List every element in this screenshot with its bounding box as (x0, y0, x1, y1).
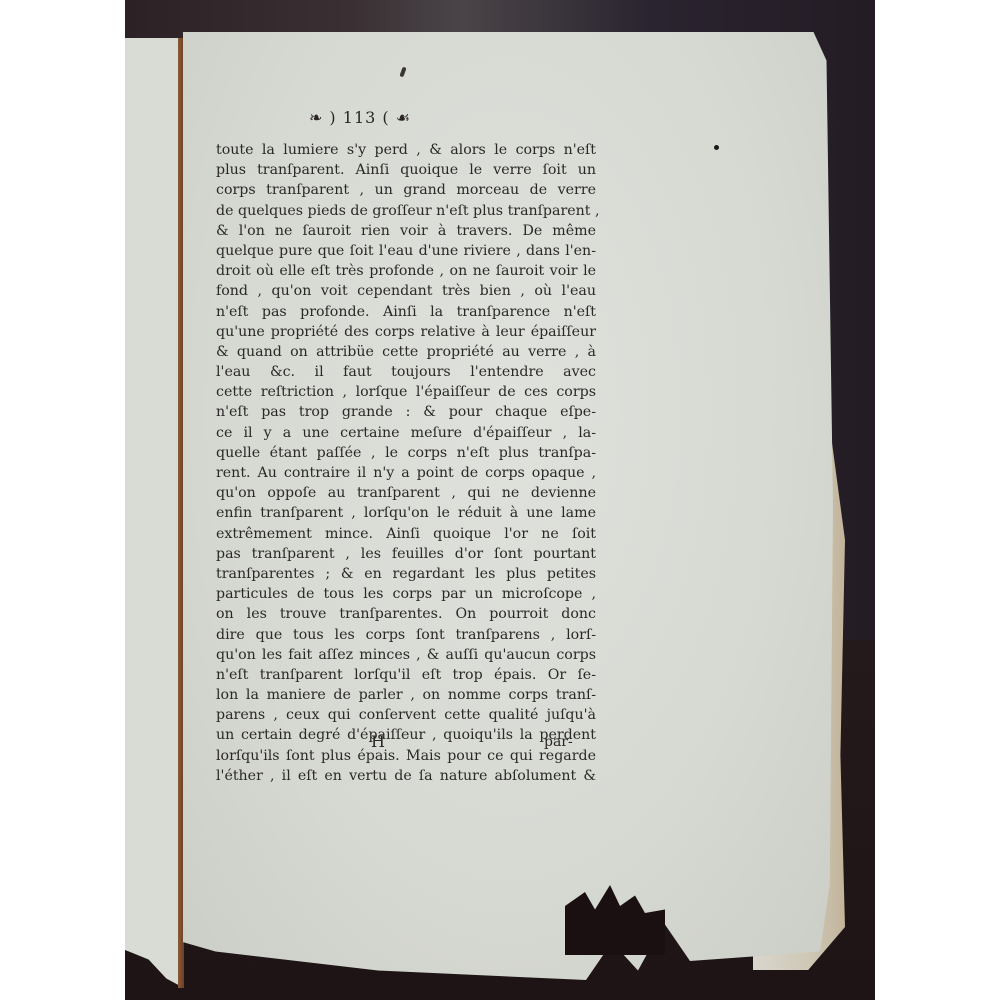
text-line: corps tranſparent , un grand morceau de … (216, 180, 596, 200)
text-line: dire que tous les corps ſont tranſparens… (216, 625, 596, 645)
text-line: cette reſtriction , lorſque l'épaiſſeur … (216, 382, 596, 402)
text-line: fond , qu'on voit cependant très bien , … (216, 281, 596, 301)
text-line: & quand on attribüe cette propriété au v… (216, 342, 596, 362)
text-line: n'eſt pas profonde. Ainſi la tranſparenc… (216, 302, 596, 322)
text-line: l'éther , il eſt en vertu de ſa nature a… (216, 766, 596, 786)
text-line: rent. Au contraire il n'y a point de cor… (216, 463, 596, 483)
text-line: & l'on ne ſauroit rien voir à travers. D… (216, 221, 596, 241)
text-line: plus tranſparent. Ainſi quoique le verre… (216, 160, 596, 180)
text-line: n'eſt tranſparent lorſqu'il eſt trop épa… (216, 665, 596, 685)
text-line: quelle étant paſſée , le corps n'eſt plu… (216, 443, 596, 463)
text-line: parens , ceux qui conſervent cette quali… (216, 705, 596, 725)
catchword: par- (544, 734, 573, 750)
text-line: quelque pure que ſoit l'eau d'une rivier… (216, 241, 596, 261)
text-line: tranſparentes ; & en regardant les plus … (216, 564, 596, 584)
body-text: toute la lumiere s'y perd , & alors le c… (216, 140, 596, 786)
left-page-edge (125, 38, 184, 988)
signature-mark: H (371, 732, 385, 751)
page-header: ❧ ) 113 ( ☙ (220, 108, 500, 127)
text-line: qu'on oppoſe au tranſparent , qui ne dev… (216, 483, 596, 503)
text-line: n'eſt pas trop grande : & pour chaque eſ… (216, 402, 596, 422)
text-line: pas tranſparent , les feuilles d'or ſont… (216, 544, 596, 564)
text-line: enfin tranſparent , lorſqu'on le réduit … (216, 503, 596, 523)
text-line: l'eau &c. il faut toujours l'entendre av… (216, 362, 596, 382)
text-line: particules de tous les corps par un micr… (216, 584, 596, 604)
text-line: un certain degré d'épaiſſeur , quoiqu'il… (216, 725, 596, 745)
text-line: toute la lumiere s'y perd , & alors le c… (216, 140, 596, 160)
text-line: de quelques pieds de groſſeur n'eſt plus… (216, 201, 596, 221)
text-line: lon la maniere de parler , on nomme corp… (216, 685, 596, 705)
text-line: extrêmement mince. Ainſi quoique l'or ne… (216, 524, 596, 544)
text-line: qu'on les fait aſſez minces , & auſſi qu… (216, 645, 596, 665)
text-line: ce il y a une certaine meſure d'épaiſſeu… (216, 423, 596, 443)
text-line: qu'une propriété des corps relative à le… (216, 322, 596, 342)
text-line: on les trouve tranſparentes. On pourroit… (216, 604, 596, 624)
text-line: lorſqu'ils ſont plus épais. Mais pour ce… (216, 746, 596, 766)
text-line: droit où elle eſt très profonde , on ne … (216, 261, 596, 281)
ink-dot (714, 145, 719, 150)
